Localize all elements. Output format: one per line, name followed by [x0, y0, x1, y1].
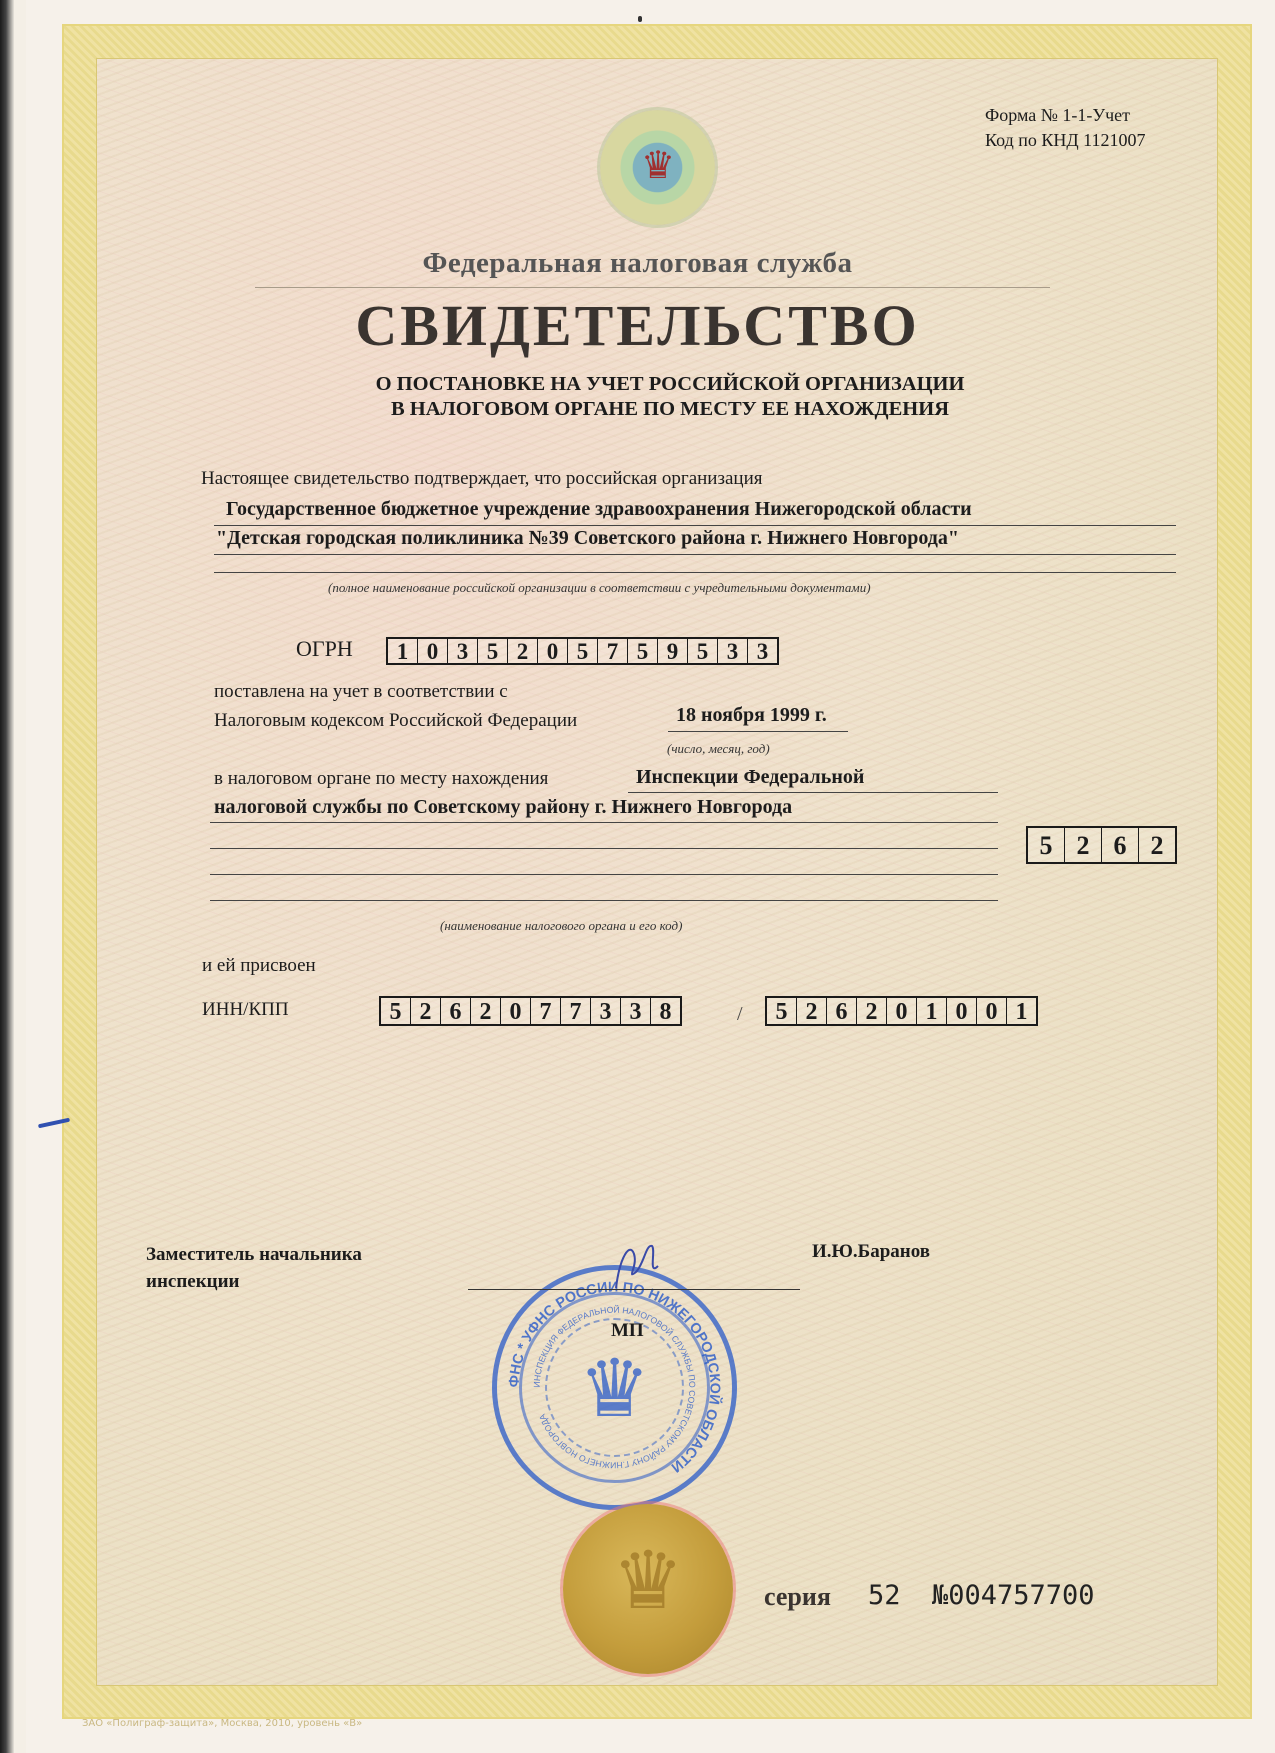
- inn-digit: 2: [471, 998, 501, 1024]
- ogrn-digit: 5: [478, 639, 508, 663]
- inn-digit: 0: [501, 998, 531, 1024]
- divider: [255, 287, 1050, 288]
- organization-name-line-1: Государственное бюджетное учреждение здр…: [226, 495, 972, 524]
- inn-digit: 7: [561, 998, 591, 1024]
- inn-digit: 2: [411, 998, 441, 1024]
- tax-authority-code-digit: 2: [1065, 828, 1102, 862]
- inn-digit: 7: [531, 998, 561, 1024]
- inn-digit: 5: [381, 998, 411, 1024]
- inn-digit-boxes: 5262077338: [379, 996, 682, 1026]
- ogrn-digit: 0: [538, 639, 568, 663]
- document-title: СВИДЕТЕЛЬСТВО: [0, 292, 1275, 359]
- ogrn-digit: 1: [388, 639, 418, 663]
- registration-date: 18 ноября 1999 г.: [676, 704, 827, 727]
- signer-position-line-2: инспекции: [146, 1268, 362, 1295]
- seal-place-label: МП: [611, 1320, 644, 1342]
- kpp-digit-boxes: 526201001: [765, 996, 1038, 1026]
- tax-authority-intro: в налоговом органе по месту нахождения: [214, 768, 548, 790]
- official-stamp: ФНС * УФНС РОССИИ ПО НИЖЕГОРОДСКОЙ ОБЛАС…: [492, 1265, 737, 1510]
- organization-caption: (полное наименование российской организа…: [328, 580, 871, 596]
- ogrn-digit: 5: [688, 639, 718, 663]
- signer-position-line-1: Заместитель начальника: [146, 1241, 362, 1268]
- kpp-digit: 0: [947, 998, 977, 1024]
- embossed-gold-seal: ♛: [563, 1504, 733, 1674]
- ogrn-label: ОГРН: [296, 636, 353, 662]
- kpp-digit: 0: [977, 998, 1007, 1024]
- fill-line: [668, 731, 848, 732]
- tax-authority-code-digit: 6: [1102, 828, 1139, 862]
- fill-line: [214, 554, 1176, 555]
- ogrn-digit: 3: [718, 639, 748, 663]
- subtitle-line-2: В НАЛОГОВОМ ОРГАНЕ ПО МЕСТУ ЕЕ НАХОЖДЕНИ…: [0, 397, 1275, 422]
- ogrn-digit: 9: [658, 639, 688, 663]
- signer-name: И.Ю.Баранов: [812, 1241, 930, 1263]
- date-caption: (число, месяц, год): [667, 741, 770, 757]
- inn-kpp-label: ИНН/КПП: [202, 999, 289, 1021]
- tax-authority-name-line-2: налоговой службы по Советскому району г.…: [214, 796, 792, 819]
- kpp-digit: 1: [917, 998, 947, 1024]
- inn-digit: 8: [651, 998, 680, 1024]
- signature-line: [468, 1289, 800, 1290]
- ogrn-digit-boxes: 1035205759533: [386, 637, 779, 665]
- kpp-digit: 1: [1007, 998, 1036, 1024]
- series-label: серия: [764, 1582, 831, 1612]
- subtitle-line-1: О ПОСТАНОВКЕ НА УЧЕТ РОССИЙСКОЙ ОРГАНИЗА…: [0, 372, 1275, 397]
- kpp-digit: 0: [887, 998, 917, 1024]
- fill-line: [210, 848, 998, 849]
- fill-line: [214, 572, 1176, 573]
- registration-text-line-1: поставлена на учет в соответствии с: [214, 677, 577, 706]
- double-headed-eagle-icon: ♛: [563, 1534, 733, 1628]
- printer-imprint: ЗАО «Полиграф-защита», Москва, 2010, уро…: [82, 1718, 362, 1729]
- double-headed-eagle-icon: ♛: [636, 140, 680, 192]
- kpp-digit: 5: [767, 998, 797, 1024]
- double-headed-eagle-icon: ♛: [497, 1340, 732, 1440]
- signer-position: Заместитель начальника инспекции: [146, 1241, 362, 1295]
- kpp-digit: 6: [827, 998, 857, 1024]
- ink-dot: [638, 16, 642, 22]
- kpp-digit: 2: [857, 998, 887, 1024]
- certificate-number: №004757700: [932, 1580, 1095, 1611]
- assigned-text: и ей присвоен: [202, 955, 316, 977]
- fill-line: [210, 822, 998, 823]
- hologram-emblem: ♛: [600, 110, 715, 225]
- organization-name: Государственное бюджетное учреждение здр…: [226, 495, 972, 553]
- inn-kpp-separator: /: [737, 1003, 743, 1026]
- inn-digit: 3: [591, 998, 621, 1024]
- handwritten-signature: [608, 1236, 668, 1296]
- fill-line: [210, 900, 998, 901]
- fill-line: [628, 792, 998, 793]
- kpp-digit: 2: [797, 998, 827, 1024]
- organization-name-line-2: "Детская городская поликлиника №39 Совет…: [216, 524, 972, 553]
- agency-name: Федеральная налоговая служба: [0, 247, 1275, 280]
- ogrn-digit: 0: [418, 639, 448, 663]
- ogrn-digit: 5: [628, 639, 658, 663]
- form-info: Форма № 1-1-Учет Код по КНД 1121007: [985, 103, 1146, 153]
- ogrn-digit: 3: [748, 639, 777, 663]
- inn-digit: 6: [441, 998, 471, 1024]
- ogrn-digit: 2: [508, 639, 538, 663]
- tax-authority-code-digit: 2: [1139, 828, 1175, 862]
- registration-text: поставлена на учет в соответствии с Нало…: [214, 677, 577, 735]
- ogrn-digit: 5: [568, 639, 598, 663]
- series-value: 52: [868, 1580, 901, 1611]
- form-number: Форма № 1-1-Учет: [985, 103, 1146, 128]
- fill-line: [210, 874, 998, 875]
- tax-authority-code-boxes: 5262: [1026, 826, 1177, 864]
- ogrn-digit: 7: [598, 639, 628, 663]
- fill-line: [214, 525, 1176, 526]
- tax-authority-caption: (наименование налогового органа и его ко…: [440, 918, 682, 934]
- intro-text: Настоящее свидетельство подтверждает, чт…: [201, 468, 762, 490]
- tax-authority-code-digit: 5: [1028, 828, 1065, 862]
- registration-text-line-2: Налоговым кодексом Российской Федерации: [214, 706, 577, 735]
- inn-digit: 3: [621, 998, 651, 1024]
- ogrn-digit: 3: [448, 639, 478, 663]
- knd-code: Код по КНД 1121007: [985, 128, 1146, 153]
- document-subtitle: О ПОСТАНОВКЕ НА УЧЕТ РОССИЙСКОЙ ОРГАНИЗА…: [0, 372, 1275, 422]
- tax-authority-name-line-1: Инспекции Федеральной: [636, 766, 864, 789]
